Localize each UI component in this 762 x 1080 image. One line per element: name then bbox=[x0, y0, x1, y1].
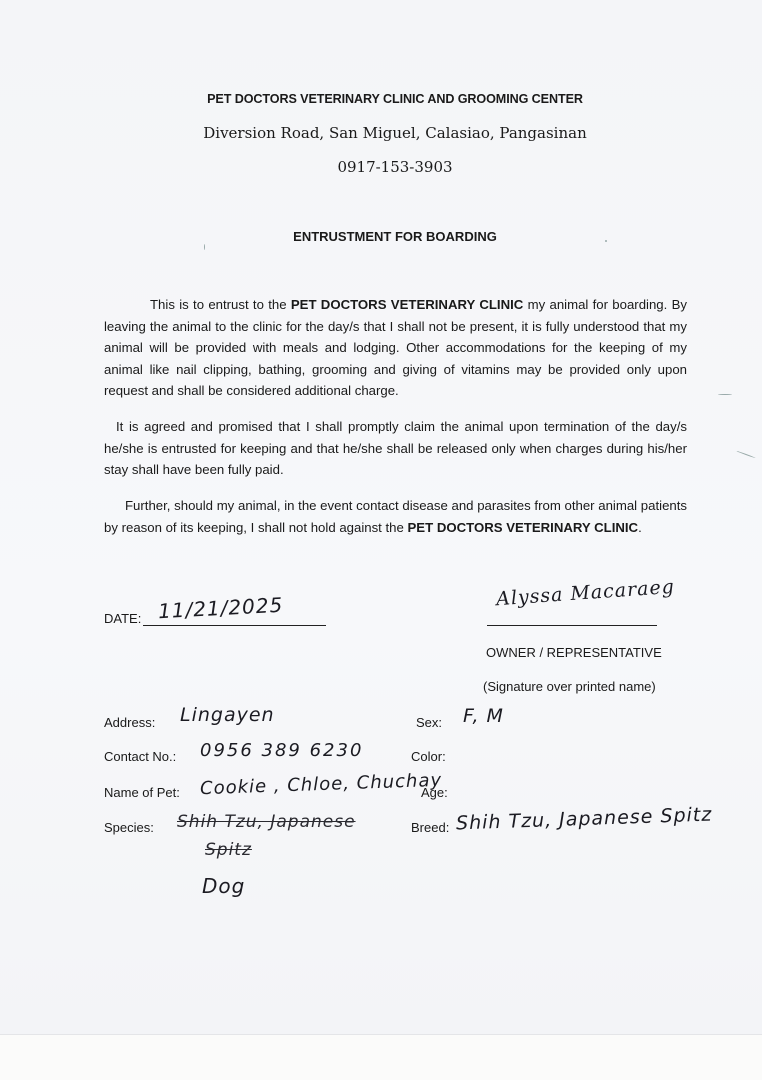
color-label: Color: bbox=[411, 749, 446, 764]
paragraph-agreement: It is agreed and promised that I shall p… bbox=[104, 416, 687, 481]
sex-value[interactable]: F, M bbox=[463, 705, 504, 727]
owner-representative-label: OWNER / REPRESENTATIVE bbox=[486, 645, 662, 660]
species-label: Species: bbox=[104, 820, 154, 835]
date-label: DATE: bbox=[104, 611, 141, 626]
address-value[interactable]: Lingayen bbox=[180, 704, 275, 726]
species-struck-text-2: Spitz bbox=[205, 840, 252, 860]
pet-name-label: Name of Pet: bbox=[104, 785, 180, 800]
clinic-address: Diversion Road, San Miguel, Calasiao, Pa… bbox=[0, 124, 762, 142]
address-label: Address: bbox=[104, 715, 155, 730]
paragraph-entrust: This is to entrust to the PET DOCTORS VE… bbox=[104, 294, 687, 402]
scan-speck bbox=[605, 240, 607, 242]
scan-background bbox=[0, 1034, 762, 1080]
contact-label: Contact No.: bbox=[104, 749, 176, 764]
date-value[interactable]: 11/21/2025 bbox=[157, 593, 283, 624]
p1-text: This is to entrust to the bbox=[150, 297, 291, 312]
signature-line bbox=[487, 625, 657, 626]
breed-value[interactable]: Shih Tzu, Japanese Spitz bbox=[456, 804, 713, 835]
scan-mark bbox=[718, 394, 732, 395]
owner-signature[interactable]: Alyssa Macaraeg bbox=[495, 576, 675, 610]
contact-value[interactable]: 0956 389 6230 bbox=[200, 740, 363, 761]
scan-mark bbox=[736, 451, 755, 459]
breed-label: Breed: bbox=[411, 820, 449, 835]
scan-mark bbox=[204, 244, 205, 250]
p1-clinic-name: PET DOCTORS VETERINARY CLINIC bbox=[291, 297, 523, 312]
paragraph-liability: Further, should my animal, in the event … bbox=[104, 495, 687, 538]
species-struck-text: Shih Tzu, Japanese bbox=[177, 812, 356, 832]
clinic-phone: 0917-153-3903 bbox=[0, 158, 762, 176]
age-label: Age: bbox=[421, 785, 448, 800]
p1-text-rest: my animal for boarding. By leaving the a… bbox=[104, 297, 687, 398]
pet-name-value[interactable]: Cookie , Chloe, Chuchay bbox=[200, 770, 443, 799]
document-page: PET DOCTORS VETERINARY CLINIC AND GROOMI… bbox=[0, 0, 762, 1034]
clinic-name: PET DOCTORS VETERINARY CLINIC AND GROOMI… bbox=[0, 92, 762, 106]
date-line bbox=[143, 625, 326, 626]
signature-note: (Signature over printed name) bbox=[483, 679, 656, 694]
species-value[interactable]: Dog bbox=[202, 874, 245, 898]
sex-label: Sex: bbox=[416, 715, 442, 730]
document-title: ENTRUSTMENT FOR BOARDING bbox=[0, 229, 762, 244]
p3-clinic-name: PET DOCTORS VETERINARY CLINIC bbox=[408, 520, 639, 535]
p3-text-end: . bbox=[638, 520, 642, 535]
